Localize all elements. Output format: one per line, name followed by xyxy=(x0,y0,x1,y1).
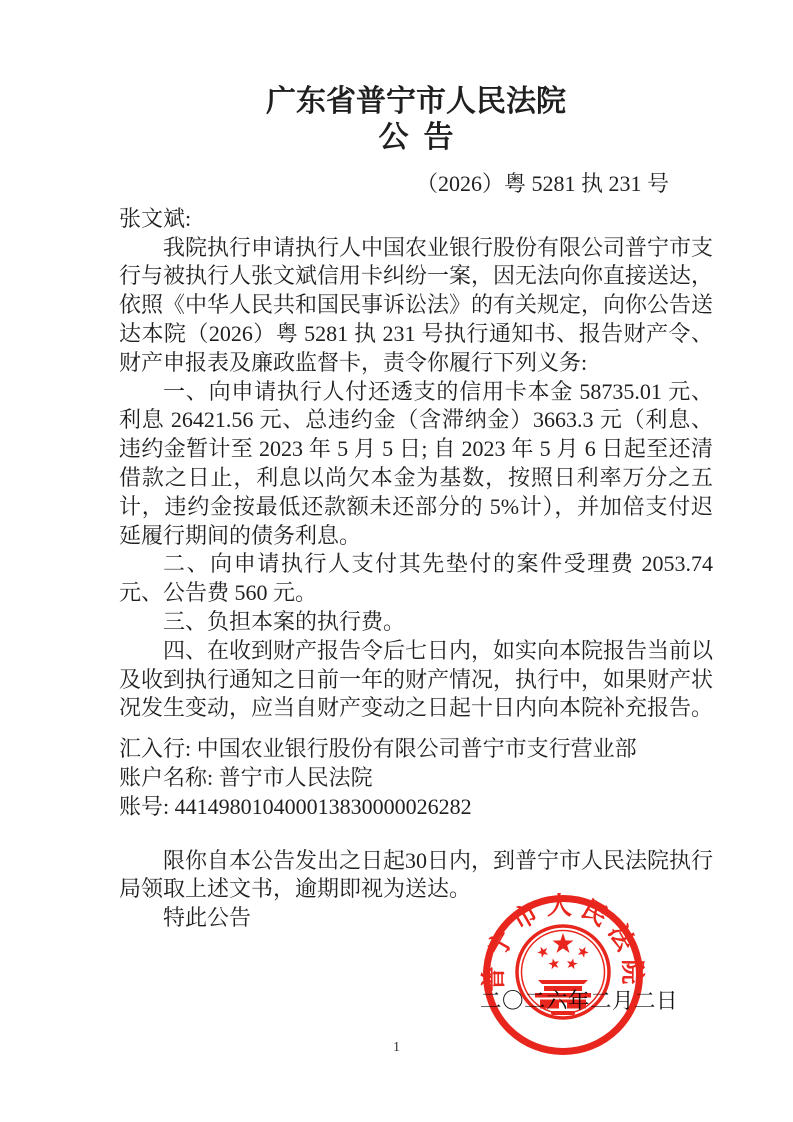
document-content: 广东省普宁市人民法院 公 告 （2026）粤 5281 执 231 号 张文斌:… xyxy=(0,84,793,933)
small-star-icon xyxy=(536,944,550,958)
court-seal: 普宁市人民法院 xyxy=(478,890,648,1060)
small-star-icon xyxy=(566,957,579,970)
national-emblem-icon xyxy=(517,926,609,1018)
page-number: 1 xyxy=(0,1040,793,1056)
tiananmen-gate-icon xyxy=(535,980,591,1015)
announcement-page: 广东省普宁市人民法院 公 告 （2026）粤 5281 执 231 号 张文斌:… xyxy=(0,0,793,1122)
paragraph-intro: 我院执行申请执行人中国农业银行股份有限公司普宁市支行与被执行人张文斌信用卡纠纷一… xyxy=(119,234,713,378)
obligation-item-2: 二、向申请执行人支付其先垫付的案件受理费 2053.74 元、公告费 560 元… xyxy=(119,550,713,608)
obligation-item-4: 四、在收到财产报告令后七日内，如实向本院报告当前以及收到执行通知之日前一年的财产… xyxy=(119,637,713,723)
small-star-icon xyxy=(576,944,590,958)
remit-bank-line: 汇入行: 中国农业银行股份有限公司普宁市支行营业部 xyxy=(119,735,713,764)
bank-info-block: 汇入行: 中国农业银行股份有限公司普宁市支行营业部 账户名称: 普宁市人民法院 … xyxy=(119,735,713,821)
big-star-icon xyxy=(553,933,574,953)
doc-type-title: 公 告 xyxy=(119,120,713,156)
obligation-item-3: 三、负担本案的执行费。 xyxy=(119,608,713,637)
small-star-icon xyxy=(547,957,560,970)
court-name-title: 广东省普宁市人民法院 xyxy=(119,84,713,120)
obligation-item-1: 一、向申请执行人付还透支的信用卡本金 58735.01 元、利息 26421.5… xyxy=(119,378,713,551)
seal-ring xyxy=(487,899,640,1052)
addressee: 张文斌: xyxy=(119,205,713,234)
case-number: （2026）粤 5281 执 231 号 xyxy=(119,170,713,199)
account-name-line: 账户名称: 普宁市人民法院 xyxy=(119,764,713,793)
account-number-line: 账号: 441498010400013830000026282 xyxy=(119,793,713,822)
